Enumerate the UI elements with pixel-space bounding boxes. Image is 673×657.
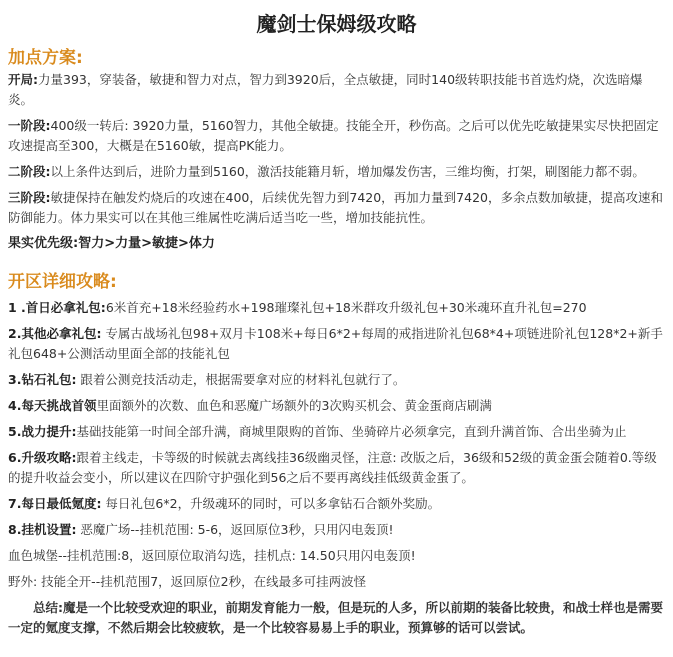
guide-item-4: 4.每天挑战首领里面额外的次数、血色和恶魔广场额外的3次购买机会、黄金蛋商店刷满 — [8, 396, 665, 416]
text: 专属古战场礼包98+双月卡108米+每日6*2+每周的戒指进阶礼包68*4+项链… — [8, 326, 663, 361]
text: 里面额外的次数、血色和恶魔广场额外的3次购买机会、黄金蛋商店刷满 — [96, 398, 491, 413]
text: 敏捷保持在触发灼烧后的攻速在400，后续优先智力到7420，再加力量到7420，… — [8, 190, 663, 225]
text: 恶魔广场--挂机范围: 5-6，返回原位3秒，只用闪电轰顶! — [76, 522, 393, 537]
guide-item-5: 5.战力提升:基础技能第一时间全部升满，商城里限购的首饰、坐骑碎片必须拿完，直到… — [8, 422, 665, 442]
label: 4.每天挑战首领 — [8, 398, 96, 413]
guide-item-3: 3.钻石礼包: 跟着公测竞技活动走，根据需要拿对应的材料礼包就行了。 — [8, 370, 665, 390]
guide-item-7: 7.每日最低氪度: 每日礼包6*2，升级魂环的同时，可以多拿钻石合额外奖励。 — [8, 494, 665, 514]
guide-item-2: 2.其他必拿礼包: 专属古战场礼包98+双月卡108米+每日6*2+每周的戒指进… — [8, 324, 665, 364]
text: 力量393，穿装备，敏捷和智力对点，智力到3920后，全点敏捷，同时140级转职… — [8, 72, 643, 107]
paragraph-stage-2: 二阶段:以上条件达到后，进阶力量到5160，激活技能籍月斩，增加爆发伤害，三维均… — [8, 162, 665, 182]
page-title: 魔剑士保姆级攻略 — [8, 0, 665, 46]
label: 6.升级攻略: — [8, 450, 76, 465]
text: 每日礼包6*2，升级魂环的同时，可以多拿钻石合额外奖励。 — [101, 496, 440, 511]
text: 跟着主线走，卡等级的时候就去离线挂36级幽灵怪，注意: 改版之后，36级和52级… — [8, 450, 657, 485]
text: 基础技能第一时间全部升满，商城里限购的首饰、坐骑碎片必须拿完，直到升满首饰、合出… — [76, 424, 626, 439]
section-heading-stat-plan: 加点方案: — [8, 46, 665, 70]
paragraph-stage-1: 一阶段:400级一转后: 3920力量，5160智力，其他全敏捷。技能全开，秒伤… — [8, 116, 665, 156]
label: 5.战力提升: — [8, 424, 76, 439]
label: 二阶段: — [8, 164, 51, 179]
label: 1 .首日必拿礼包: — [8, 300, 106, 315]
guide-item-8: 8.挂机设置: 恶魔广场--挂机范围: 5-6，返回原位3秒，只用闪电轰顶! — [8, 520, 665, 540]
label: 2.其他必拿礼包: — [8, 326, 101, 341]
text: 跟着公测竞技活动走，根据需要拿对应的材料礼包就行了。 — [76, 372, 405, 387]
label: 7.每日最低氪度: — [8, 496, 101, 511]
paragraph-stage-3: 三阶段:敏捷保持在触发灼烧后的攻速在400，后续优先智力到7420，再加力量到7… — [8, 188, 665, 228]
section-heading-server-guide: 开区详细攻略: — [8, 270, 665, 294]
guide-item-6: 6.升级攻略:跟着主线走，卡等级的时候就去离线挂36级幽灵怪，注意: 改版之后，… — [8, 448, 665, 488]
label: 一阶段: — [8, 118, 51, 133]
label: 8.挂机设置: — [8, 522, 76, 537]
fruit-priority: 果实优先级:智力>力量>敏捷>体力 — [8, 234, 665, 254]
paragraph-opening: 开局:力量393，穿装备，敏捷和智力对点，智力到3920后，全点敏捷，同时140… — [8, 70, 665, 110]
label: 开局: — [8, 72, 38, 87]
guide-item-1: 1 .首日必拿礼包:6米首充+18米经验药水+198璀璨礼包+18米群攻升级礼包… — [8, 298, 665, 318]
article: 魔剑士保姆级攻略 加点方案: 开局:力量393，穿装备，敏捷和智力对点，智力到3… — [0, 0, 673, 657]
guide-extra-line-field: 野外: 技能全开--挂机范围7，返回原位2秒，在线最多可挂两波怪 — [8, 572, 665, 592]
text: 以上条件达到后，进阶力量到5160，激活技能籍月斩，增加爆发伤害，三维均衡，打架… — [51, 164, 645, 179]
text: 400级一转后: 3920力量，5160智力，其他全敏捷。技能全开，秒伤高。之后… — [8, 118, 659, 153]
guide-extra-line-blood-castle: 血色城堡--挂机范围:8，返回原位取消勾选，挂机点: 14.50只用闪电轰顶! — [8, 546, 665, 566]
summary-paragraph: 总结:魔是一个比较受欢迎的职业，前期发育能力一般，但是玩的人多，所以前期的装备比… — [8, 598, 665, 638]
label: 3.钻石礼包: — [8, 372, 76, 387]
label: 三阶段: — [8, 190, 51, 205]
text: 6米首充+18米经验药水+198璀璨礼包+18米群攻升级礼包+30米魂环直升礼包… — [106, 300, 587, 315]
